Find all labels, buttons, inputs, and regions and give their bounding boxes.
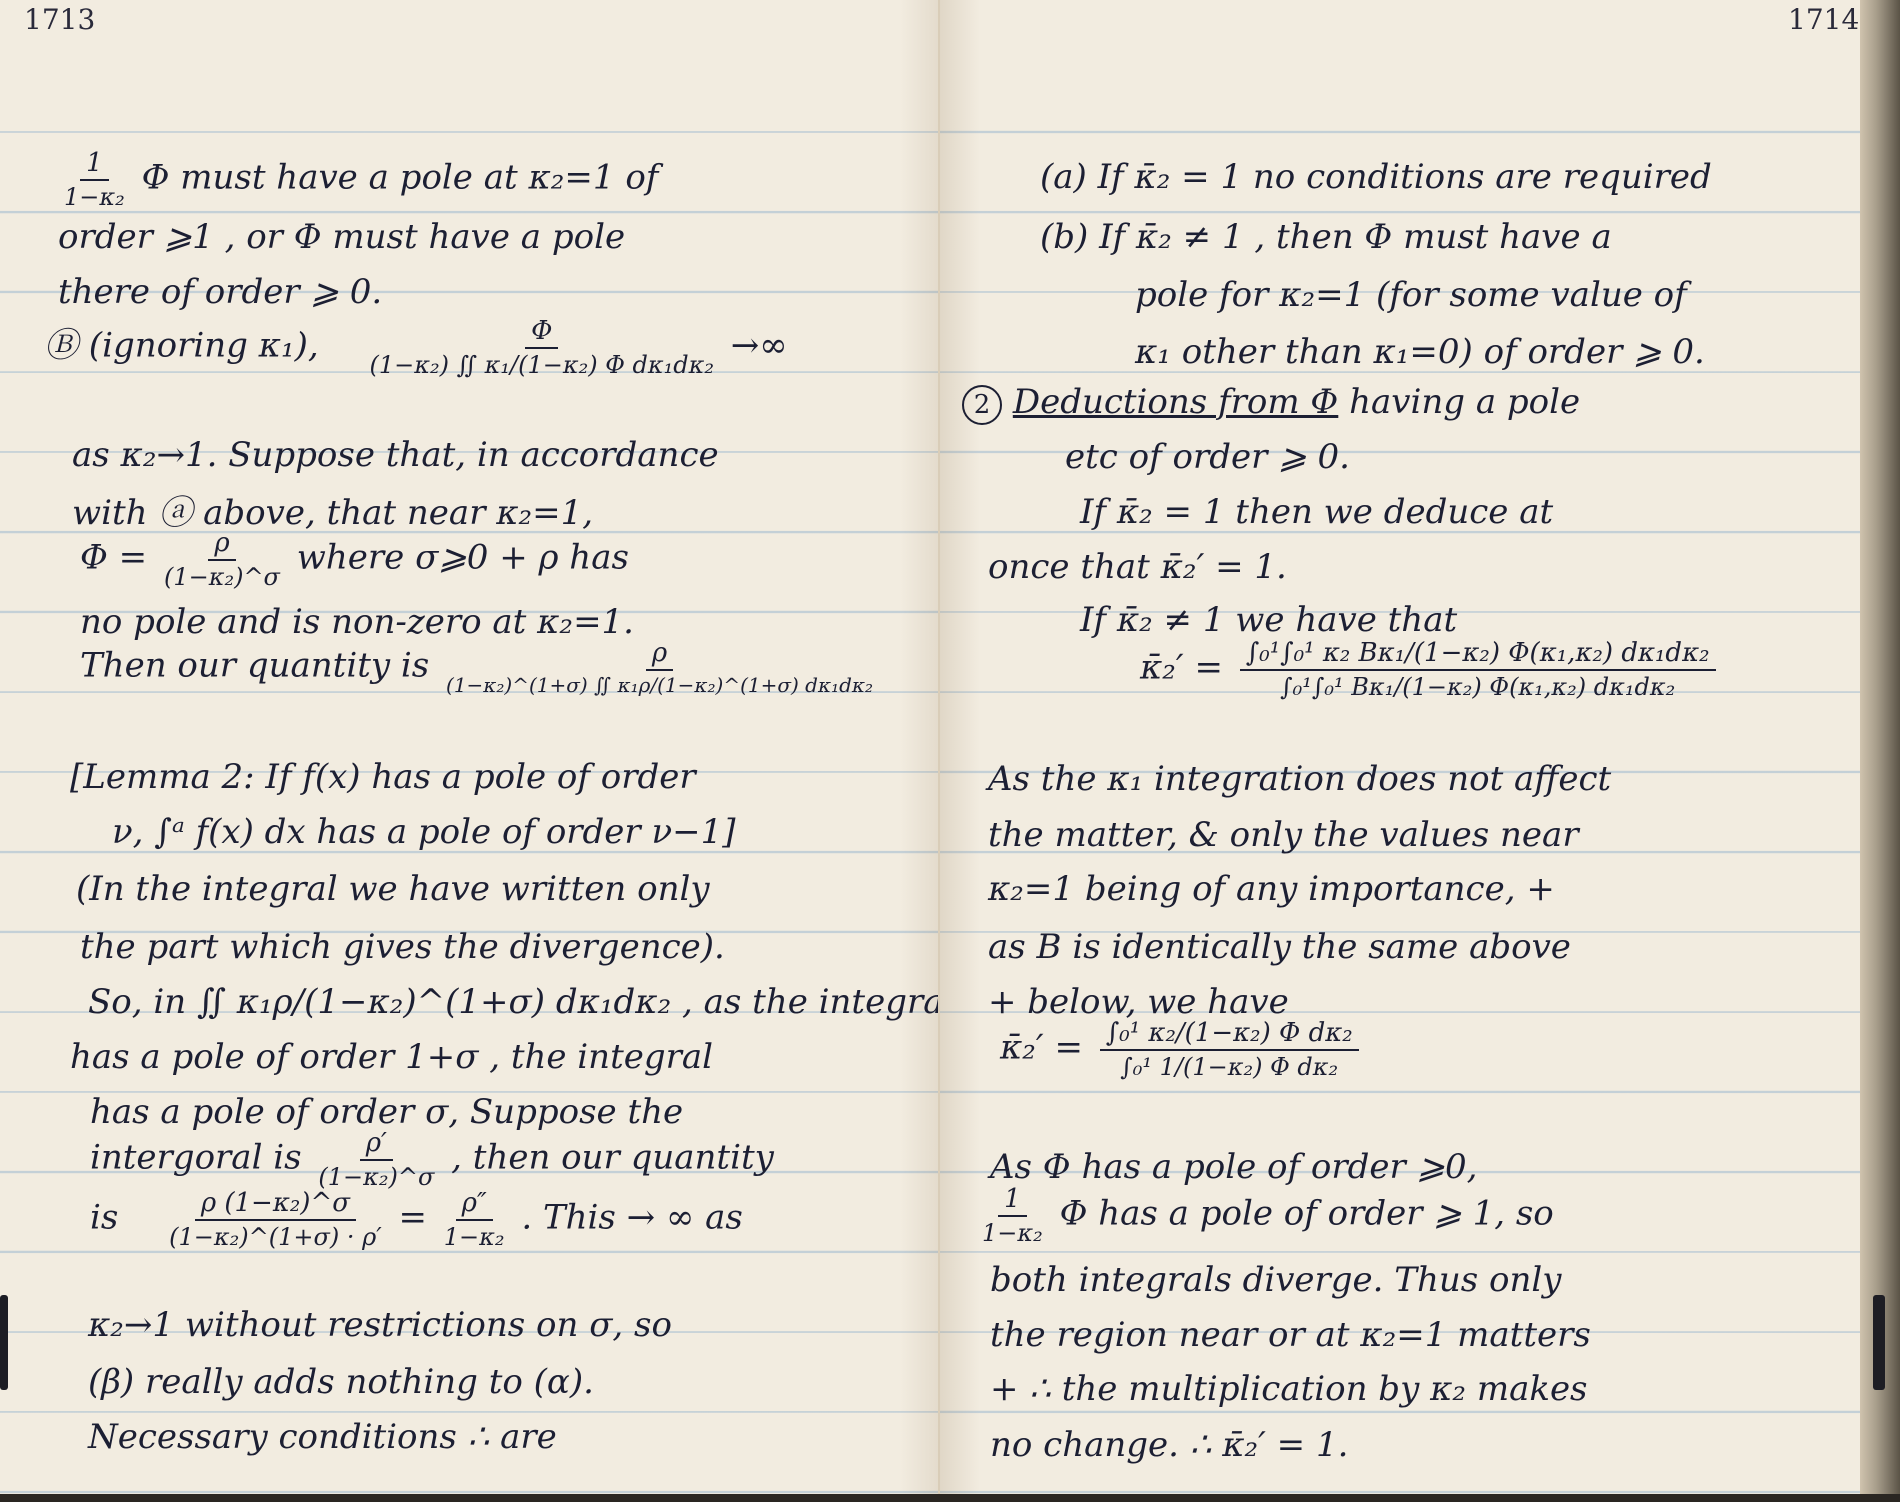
line-suffix: . This → ∞ as: [521, 1198, 742, 1238]
notebook-spread: 1713 11−κ₂ Φ must have a pole at κ₂=1 of…: [0, 0, 1900, 1494]
line-suffix: , then our quantity: [451, 1138, 774, 1178]
line-l13: the part which gives the divergence).: [80, 930, 725, 964]
line-r10: κ̄₂′ = ∫₀¹∫₀¹ κ₂ Bκ₁/(1−κ₂) Φ(κ₁,κ₂) dκ₁…: [1140, 640, 1722, 699]
line-text: Then our quantity is: [80, 646, 429, 686]
line-r15: + below, we have: [988, 985, 1289, 1019]
line-r2: (b) If κ̄₂ ≠ 1 , then Φ must have a: [1040, 220, 1612, 254]
line-r18: 11−κ₂ Φ has a pole of order ⩾ 1, so: [976, 1186, 1554, 1245]
line-l15: has a pole of order 1+σ , the integral: [70, 1040, 713, 1074]
fraction: ρ″1−κ₂: [444, 1190, 505, 1249]
line-l4: Ⓑ (ignoring κ₁), Φ(1−κ₂) ∬ κ₁/(1−κ₂) Φ d…: [44, 318, 788, 377]
line-l2: order ⩾1 , or Φ must have a pole: [58, 220, 625, 254]
line-l5: as κ₂→1. Suppose that, in accordance: [72, 438, 719, 472]
line-l14: So, in ∬ κ₁ρ/(1−κ₂)^(1+σ) dκ₁dκ₂ , as th…: [88, 985, 987, 1019]
left-page: 1713 11−κ₂ Φ must have a pole at κ₂=1 of…: [0, 0, 940, 1494]
line-l21: Necessary conditions ∴ are: [88, 1420, 557, 1454]
line-l9: Then our quantity is ρ(1−κ₂)^(1+σ) ∬ κ₁ρ…: [80, 640, 879, 695]
line-l12: (In the integral we have written only: [76, 872, 710, 906]
line-l11: ν, ∫ᵃ f(x) dx has a pole of order ν−1]: [112, 815, 736, 849]
line-prefix: is: [90, 1198, 118, 1238]
page-edge: [1860, 0, 1900, 1494]
fraction: ∫₀¹∫₀¹ κ₂ Bκ₁/(1−κ₂) Φ(κ₁,κ₂) dκ₁dκ₂∫₀¹∫…: [1240, 640, 1716, 699]
line-l16: has a pole of order σ, Suppose the: [90, 1095, 683, 1129]
line-l3: there of order ⩾ 0.: [58, 275, 382, 309]
line-text: having a pole: [1338, 382, 1580, 422]
line-r21: + ∴ the multiplication by κ₂ makes: [990, 1372, 1588, 1406]
line-r22: no change. ∴ κ̄₂′ = 1.: [990, 1428, 1348, 1462]
line-r9: If κ̄₂ ≠ 1 we have that: [1080, 603, 1457, 637]
line-l19: κ₂→1 without restrictions on σ, so: [88, 1308, 672, 1342]
line-l17: intergoral is ρ′(1−κ₂)^σ , then our quan…: [90, 1130, 774, 1189]
circled-number: 2: [962, 385, 1002, 425]
line-l10: [Lemma 2: If f(x) has a pole of order: [70, 760, 696, 794]
line-text: where σ⩾0 + ρ has: [297, 538, 629, 578]
line-r19: both integrals diverge. Thus only: [990, 1263, 1561, 1297]
line-text: Φ has a pole of order ⩾ 1, so: [1060, 1194, 1554, 1234]
line-suffix: →∞: [731, 326, 788, 366]
line-l20: (β) really adds nothing to (α).: [88, 1365, 594, 1399]
line-prefix: κ̄₂′ =: [1000, 1028, 1083, 1068]
line-r1: (a) If κ̄₂ = 1 no conditions are require…: [1040, 160, 1712, 194]
fraction: ρ′(1−κ₂)^σ: [318, 1130, 434, 1189]
binding-mark-right: [1873, 1295, 1885, 1390]
equals: =: [398, 1198, 427, 1238]
line-r7: If κ̄₂ = 1 then we deduce at: [1080, 495, 1553, 529]
line-r12: the matter, & only the values near: [988, 818, 1579, 852]
line-r13: κ₂=1 being of any importance, +: [988, 872, 1555, 906]
right-page: 1714 (a) If κ̄₂ = 1 no conditions are re…: [940, 0, 1860, 1494]
line-l1: 11−κ₂ Φ must have a pole at κ₂=1 of: [58, 150, 658, 209]
fraction: ∫₀¹ κ₂/(1−κ₂) Φ dκ₂∫₀¹ 1/(1−κ₂) Φ dκ₂: [1100, 1020, 1359, 1079]
line-l18: is ρ (1−κ₂)^σ(1−κ₂)^(1+σ) · ρ′ = ρ″1−κ₂ …: [90, 1190, 743, 1249]
fraction: Φ(1−κ₂) ∬ κ₁/(1−κ₂) Φ dκ₁dκ₂: [370, 318, 714, 377]
fraction: ρ(1−κ₂)^(1+σ) ∬ κ₁ρ/(1−κ₂)^(1+σ) dκ₁dκ₂: [446, 640, 873, 695]
line-r14: as B is identically the same above: [988, 930, 1571, 964]
line-r5: 2 Deductions from Φ having a pole: [962, 385, 1580, 425]
page-number-left: 1713: [24, 6, 95, 34]
section-heading: Deductions from Φ: [1013, 382, 1338, 422]
line-r8: once that κ̄₂′ = 1.: [988, 550, 1287, 584]
line-text: Ⓑ (ignoring κ₁),: [44, 326, 319, 366]
line-text: intergoral is: [90, 1138, 302, 1178]
line-r16: κ̄₂′ = ∫₀¹ κ₂/(1−κ₂) Φ dκ₂∫₀¹ 1/(1−κ₂) Φ…: [1000, 1020, 1365, 1079]
line-r17: As Φ has a pole of order ⩾0,: [990, 1150, 1478, 1184]
line-l8: no pole and is non-zero at κ₂=1.: [80, 605, 634, 639]
line-prefix: κ̄₂′ =: [1140, 648, 1223, 688]
line-r20: the region near or at κ₂=1 matters: [990, 1318, 1591, 1352]
line-prefix: Φ =: [80, 538, 147, 578]
binding-mark-left: [0, 1295, 8, 1390]
line-r3: pole for κ₂=1 (for some value of: [1135, 278, 1687, 312]
line-r6: etc of order ⩾ 0.: [1065, 440, 1350, 474]
line-l6: with ⓐ above, that near κ₂=1,: [72, 496, 593, 530]
line-text: Φ must have a pole at κ₂=1 of: [142, 158, 659, 198]
line-l7: Φ = ρ(1−κ₂)^σ where σ⩾0 + ρ has: [80, 530, 629, 589]
fraction: ρ(1−κ₂)^σ: [164, 530, 280, 589]
line-r11: As the κ₁ integration does not affect: [988, 762, 1611, 796]
fraction: 11−κ₂: [64, 150, 125, 209]
page-number-right: 1714: [1788, 6, 1859, 34]
bottom-edge: [0, 1494, 1900, 1502]
fraction: ρ (1−κ₂)^σ(1−κ₂)^(1+σ) · ρ′: [169, 1190, 382, 1249]
line-r4: κ₁ other than κ₁=0) of order ⩾ 0.: [1135, 335, 1705, 369]
fraction: 11−κ₂: [982, 1186, 1043, 1245]
